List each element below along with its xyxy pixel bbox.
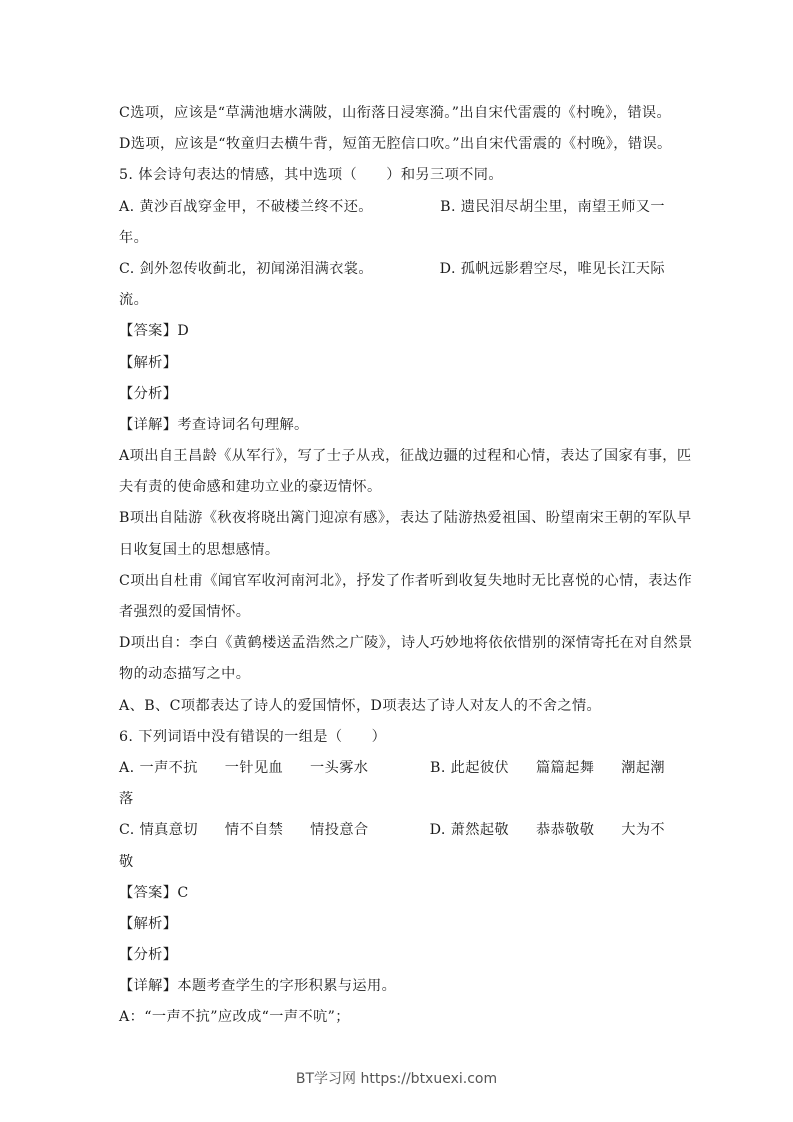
q5-option-b-wrap: 年。	[119, 226, 665, 257]
q5-xiangjie: 【详解】考查诗词名句理解。	[119, 413, 665, 444]
q6-option-c-word: 情真意切	[140, 822, 198, 838]
q6-option-a-label: A.	[119, 760, 135, 776]
q6-xiangjie: 【详解】本题考查学生的字形积累与运用。	[119, 974, 665, 1005]
prev-analysis-d: D选项，应该是“牧童归去横牛背，短笛无腔信口吹。”出自宋代雷震的《村晚》，错误。	[119, 132, 665, 163]
q5-analysis-line: A项出自王昌龄《从军行》，写了士子从戎，征战边疆的过程和心情，表达了国家有事，匹	[119, 444, 665, 475]
q5-analysis-line: D项出自：李白《黄鹤楼送孟浩然之广陵》，诗人巧妙地将依依惜别的深情寄托在对自然景	[119, 631, 665, 662]
q6-analysis-a: A：“一声不抗”应改成“一声不吭”；	[119, 1005, 665, 1036]
q5-answer: 【答案】D	[119, 319, 665, 350]
q6-option-b-label: B.	[430, 760, 446, 776]
q5-fenxi-heading: 【分析】	[119, 382, 665, 413]
q6-fenxi-heading: 【分析】	[119, 943, 665, 974]
q5-analysis-line: B项出自陆游《秋夜将晓出篱门迎凉有感》，表达了陆游热爱祖国、盼望南宋王朝的军队早	[119, 506, 665, 537]
q6-option-d-word: 大为不	[621, 822, 665, 838]
q6-option-a-word: 一头雾水	[310, 760, 368, 776]
q5-jiexi-heading: 【解析】	[119, 351, 665, 382]
q6-option-d-word: 萧然起敬	[451, 822, 509, 838]
q5-option-d: D. 孤帆远影碧空尽，唯见长江天际	[440, 257, 665, 288]
q6-answer: 【答案】C	[119, 881, 665, 912]
q6-option-d-wrap: 敬	[119, 850, 665, 881]
q5-analysis-line: 者强烈的爱国情怀。	[119, 600, 665, 631]
q5-option-a: A. 黄沙百战穿金甲，不破楼兰终不还。	[119, 195, 440, 226]
q6-jiexi-heading: 【解析】	[119, 912, 665, 943]
q5-option-c: C. 剑外忽传收蓟北，初闻涕泪满衣裳。	[119, 257, 440, 288]
q6-options-row-2: C. 情真意切 情不自禁 情投意合 D. 萧然起敬 恭恭敬敬 大为不	[119, 818, 665, 849]
q6-option-c-label: C.	[119, 822, 135, 838]
q6-option-c: C. 情真意切 情不自禁 情投意合	[119, 818, 430, 849]
q5-option-d-wrap: 流。	[119, 288, 665, 319]
q5-analysis-line: 日收复国土的思想感情。	[119, 538, 665, 569]
q5-option-b: B. 遗民泪尽胡尘里，南望王师又一	[440, 195, 665, 226]
q6-option-b-word: 篇篇起舞	[536, 760, 594, 776]
q5-analysis-line: 物的动态描写之中。	[119, 662, 665, 693]
q6-option-b-wrap: 落	[119, 787, 665, 818]
q6-option-b-word: 此起彼伏	[451, 760, 509, 776]
q6-option-d-label: D.	[430, 822, 446, 838]
document-page: C选项，应该是“草满池塘水满陂，山衔落日浸寒漪。”出自宋代雷震的《村晚》，错误。…	[119, 101, 665, 1037]
q6-options-row-1: A. 一声不抗 一针见血 一头雾水 B. 此起彼伏 篇篇起舞 潮起潮	[119, 756, 665, 787]
q6-option-a-word: 一针见血	[225, 760, 283, 776]
q5-analysis-line: 夫有责的使命感和建功立业的豪迈情怀。	[119, 475, 665, 506]
q5-options-row-1: A. 黄沙百战穿金甲，不破楼兰终不还。 B. 遗民泪尽胡尘里，南望王师又一	[119, 195, 665, 226]
q5-stem: 5. 体会诗句表达的情感，其中选项（ ）和另三项不同。	[119, 163, 665, 194]
q6-option-c-word: 情投意合	[310, 822, 368, 838]
q6-option-d-word: 恭恭敬敬	[536, 822, 594, 838]
q6-option-b: B. 此起彼伏 篇篇起舞 潮起潮	[430, 756, 665, 787]
prev-analysis-c: C选项，应该是“草满池塘水满陂，山衔落日浸寒漪。”出自宋代雷震的《村晚》，错误。	[119, 101, 665, 132]
q6-option-b-word: 潮起潮	[621, 760, 665, 776]
q5-analysis-summary: A、B、C项都表达了诗人的爱国情怀，D项表达了诗人对友人的不舍之情。	[119, 694, 665, 725]
footer-watermark: BT学习网 https://btxuexi.com	[0, 1068, 793, 1088]
q6-option-d: D. 萧然起敬 恭恭敬敬 大为不	[430, 818, 665, 849]
q5-options-row-2: C. 剑外忽传收蓟北，初闻涕泪满衣裳。 D. 孤帆远影碧空尽，唯见长江天际	[119, 257, 665, 288]
q6-option-c-word: 情不自禁	[225, 822, 283, 838]
q6-option-a-word: 一声不抗	[139, 760, 197, 776]
q6-stem: 6. 下列词语中没有错误的一组是（ ）	[119, 725, 665, 756]
q5-analysis-line: C项出自杜甫《闻官军收河南河北》，抒发了作者听到收复失地时无比喜悦的心情，表达作	[119, 569, 665, 600]
q6-option-a: A. 一声不抗 一针见血 一头雾水	[119, 756, 430, 787]
